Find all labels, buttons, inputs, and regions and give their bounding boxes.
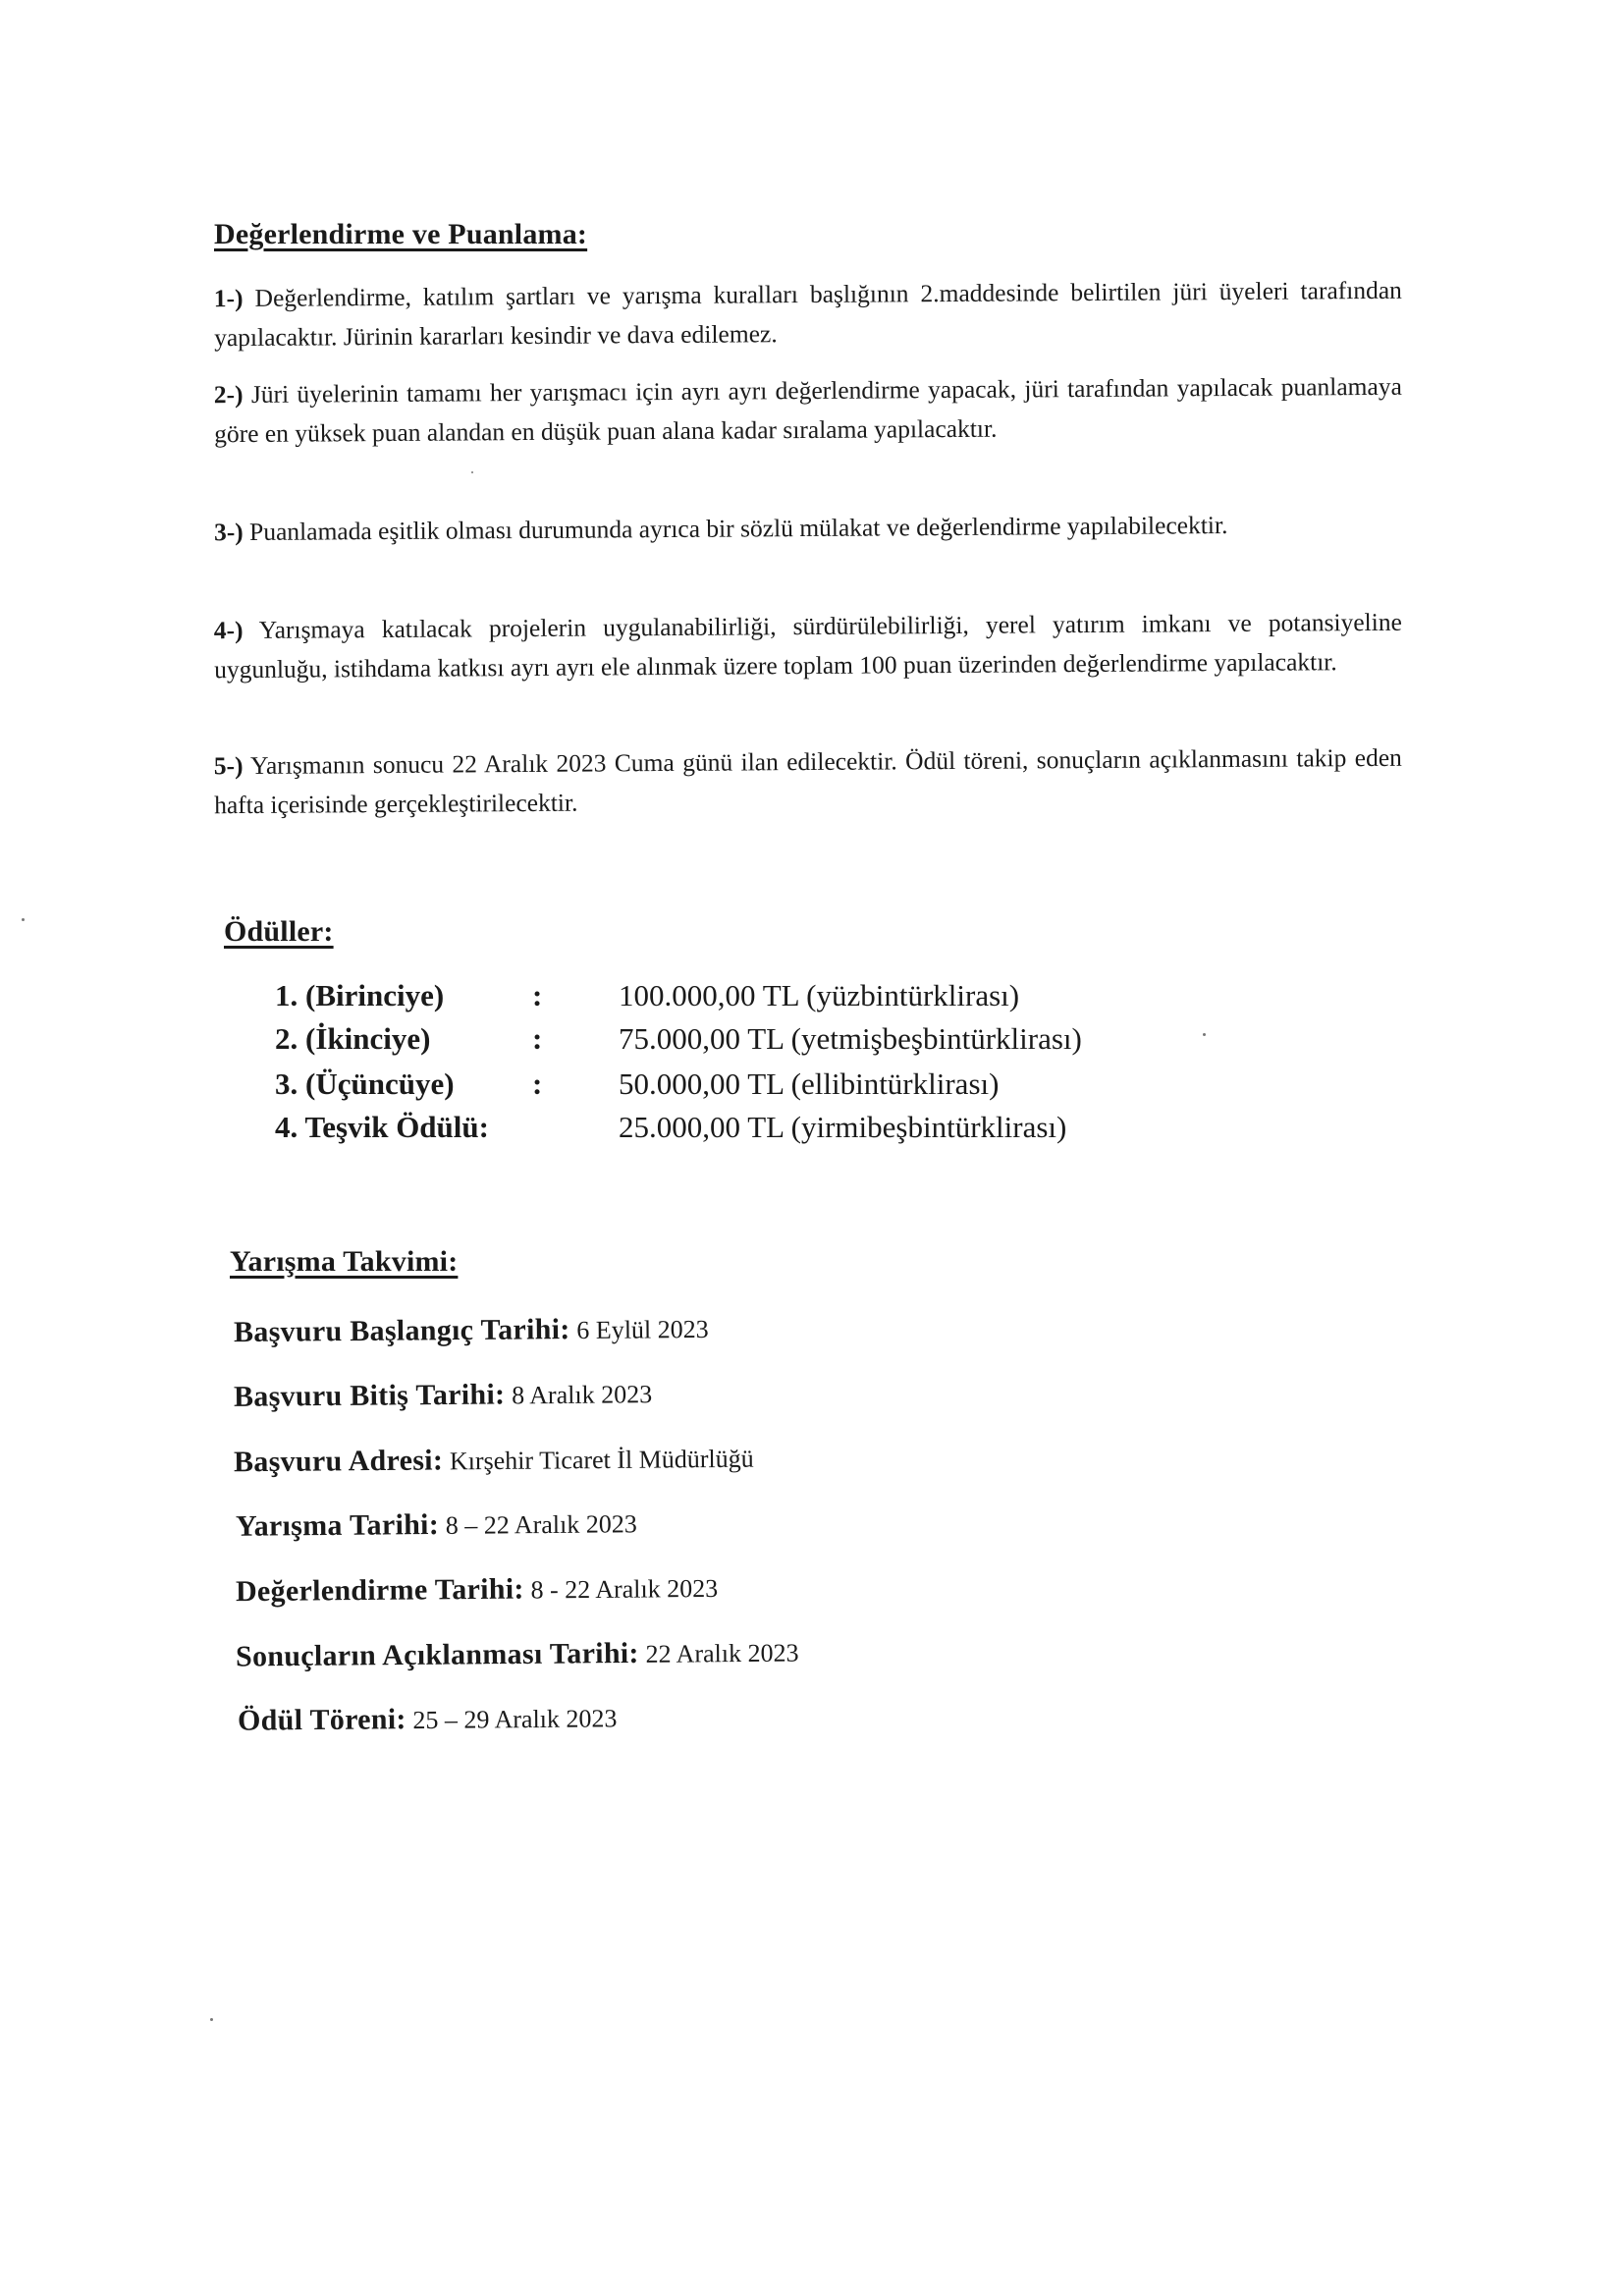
item-text: Yarışmanın sonucu 22 Aralık 2023 Cuma gü… [214,743,1402,819]
item-number: 1-) [214,284,244,312]
item-text: Puanlamada eşitlik olması durumunda ayrı… [249,511,1227,546]
award-rank: 1. (Birinciye) [275,978,444,1013]
calendar-value: 8 - 22 Aralık 2023 [530,1574,718,1605]
calendar-label: Ödül Töreni: [238,1703,406,1736]
calendar-row: Ödül Töreni: 25 – 29 Aralık 2023 [238,1701,618,1737]
evaluation-heading: Değerlendirme ve Puanlama: [214,218,587,251]
award-colon: : [532,1021,542,1057]
calendar-value: Kırşehir Ticaret İl Müdürlüğü [450,1445,754,1476]
calendar-label: Değerlendirme Tarihi: [236,1573,524,1609]
award-rank: 4. Teşvik Ödülü: [275,1110,489,1145]
calendar-heading: Yarışma Takvimi: [230,1245,458,1279]
award-amount: 50.000,00 TL (ellibintürklirası) [619,1066,999,1102]
evaluation-item-2: 2-) Jüri üyelerinin tamamı her yarışmacı… [214,367,1403,454]
item-text: Değerlendirme, katılım şartları ve yarış… [214,276,1402,352]
award-colon: : [532,978,542,1013]
scan-speck [1203,1033,1206,1036]
item-number: 2-) [214,380,244,409]
calendar-row: Başvuru Bitiş Tarihi: 8 Aralık 2023 [234,1377,652,1414]
calendar-row: Başvuru Adresi: Kırşehir Ticaret İl Müdü… [234,1442,754,1480]
item-number: 5-) [214,751,244,780]
calendar-value: 25 – 29 Aralık 2023 [412,1704,617,1734]
evaluation-item-1: 1-) Değerlendirme, katılım şartları ve y… [214,271,1403,357]
awards-heading: Ödüller: [224,915,334,949]
award-amount: 75.000,00 TL (yetmişbeşbintürklirası) [619,1021,1082,1057]
award-rank: 2. (İkinciye) [275,1021,430,1057]
calendar-value: 6 Eylül 2023 [576,1315,709,1344]
calendar-label: Başvuru Bitiş Tarihi: [234,1378,506,1412]
item-number: 4-) [214,616,244,644]
award-amount: 100.000,00 TL (yüzbintürklirası) [619,978,1019,1013]
scan-speck [210,2018,213,2021]
award-amount: 25.000,00 TL (yirmibeşbintürklirası) [619,1110,1066,1145]
item-text: Yarışmaya katılacak projelerin uygulanab… [214,608,1402,683]
calendar-value: 22 Aralık 2023 [645,1638,798,1667]
calendar-label: Başvuru Başlangıç Tarihi: [234,1313,570,1348]
evaluation-item-3: 3-) Puanlamada eşitlik olması durumunda … [214,505,1402,552]
award-colon: : [532,1066,542,1102]
award-rank: 3. (Üçüncüye) [275,1066,455,1102]
evaluation-item-4: 4-) Yarışmaya katılacak projelerin uygul… [214,603,1403,689]
calendar-row: Değerlendirme Tarihi: 8 - 22 Aralık 2023 [236,1571,718,1609]
document-page: Değerlendirme ve Puanlama: 1-) Değerlend… [0,0,1624,2296]
item-number: 3-) [214,518,244,546]
calendar-label: Sonuçların Açıklanması Tarihi: [236,1637,639,1673]
calendar-label: Başvuru Adresi: [234,1444,443,1478]
calendar-value: 8 Aralık 2023 [512,1380,652,1409]
calendar-row: Yarışma Tarihi: 8 – 22 Aralık 2023 [236,1506,637,1544]
evaluation-item-5: 5-) Yarışmanın sonucu 22 Aralık 2023 Cum… [214,738,1403,825]
calendar-row: Başvuru Başlangıç Tarihi: 6 Eylül 2023 [234,1312,709,1349]
scan-speck [22,918,25,921]
calendar-value: 8 – 22 Aralık 2023 [446,1509,637,1540]
scan-speck [471,471,473,473]
calendar-row: Sonuçların Açıklanması Tarihi: 22 Aralık… [236,1635,799,1673]
item-text: Jüri üyelerinin tamamı her yarışmacı içi… [214,372,1402,448]
calendar-label: Yarışma Tarihi: [236,1508,439,1543]
